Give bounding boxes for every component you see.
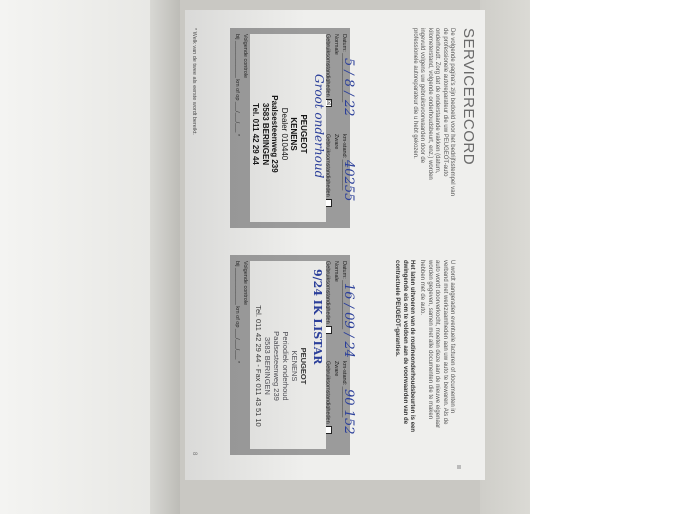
page-shadow [150,0,180,514]
booklet-backing [480,0,535,514]
background-left [0,0,150,514]
background-right [530,0,685,514]
lighting-shade [185,10,485,480]
service-record-page: SERVICERECORD De volgende pagina's zijn … [185,10,485,480]
